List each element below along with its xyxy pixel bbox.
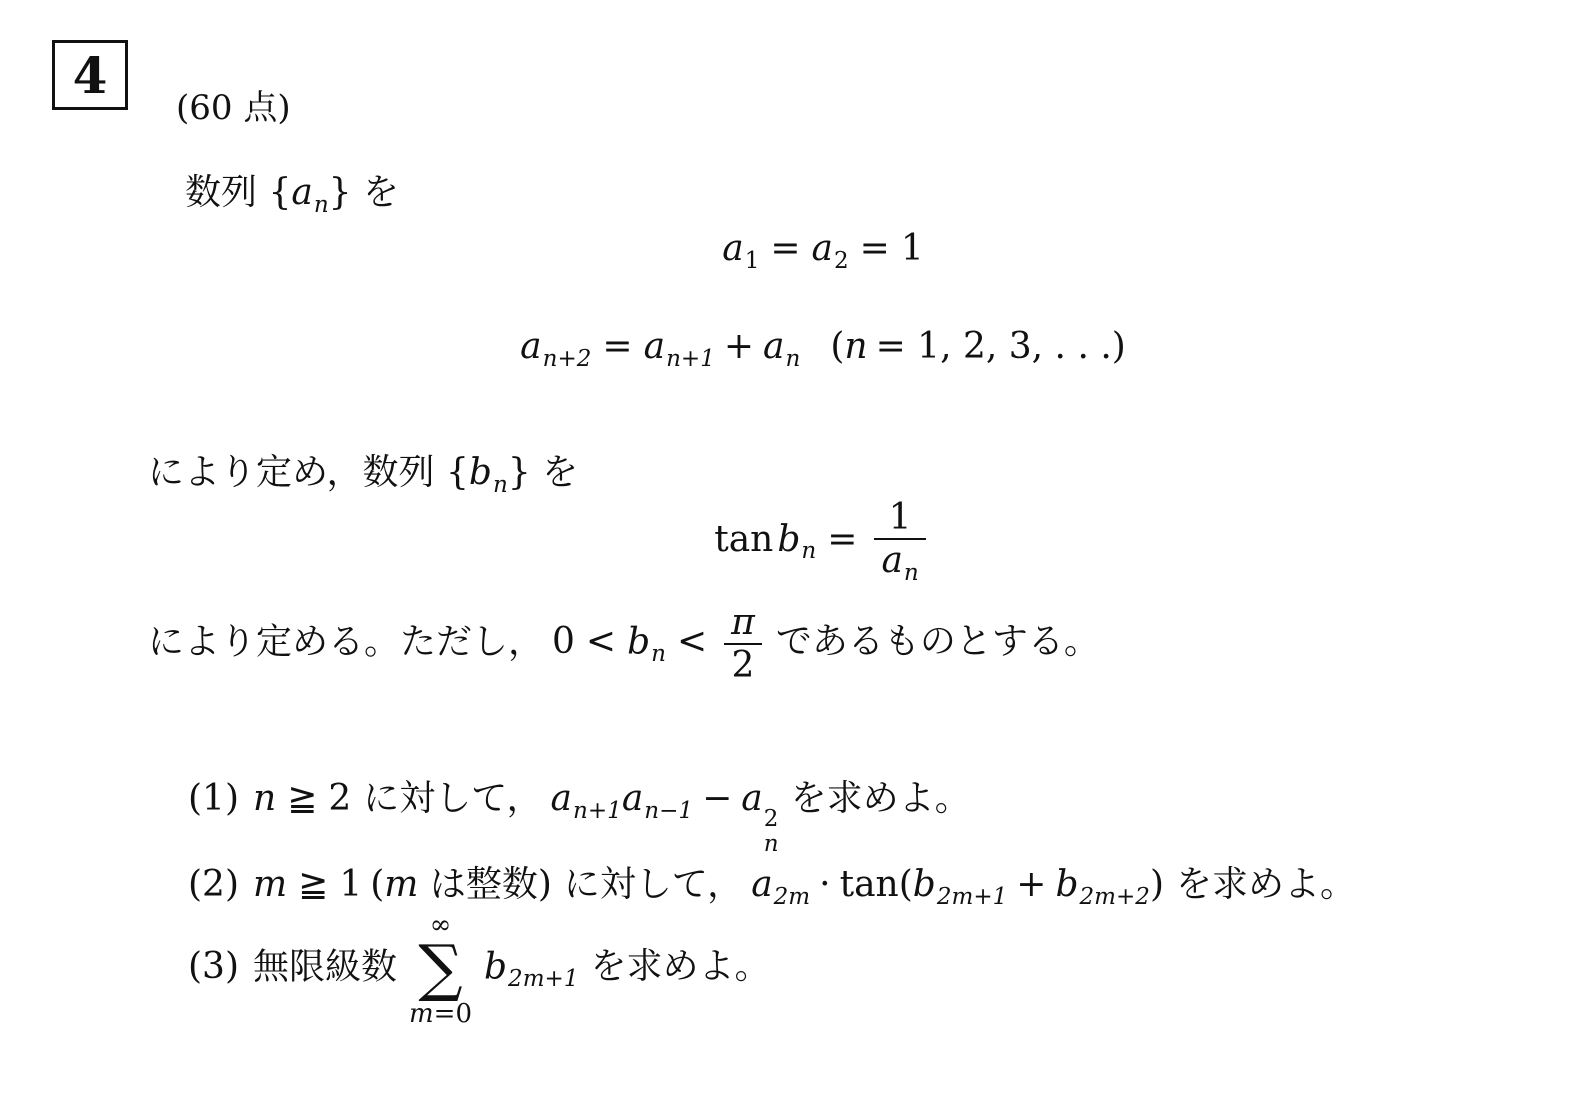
summation-lower-limit: m=0 bbox=[409, 1001, 472, 1027]
var-n: n bbox=[253, 778, 276, 819]
fraction-pi-over-2: π2 bbox=[724, 602, 762, 687]
subscript-2m-plus-1: 2m+1 bbox=[508, 966, 578, 992]
sup-sub-stack: 2n bbox=[764, 807, 779, 858]
question-2-text-post: を求めよ。 bbox=[1176, 864, 1356, 905]
var-a: a bbox=[881, 540, 902, 581]
tan-function: tan bbox=[840, 864, 899, 905]
question-3-text-pre: 無限級数 bbox=[253, 946, 397, 987]
condition-values: = 1, 2, 3, . . . bbox=[876, 326, 1112, 367]
paren-open: ( bbox=[830, 326, 844, 367]
var-a: a bbox=[520, 326, 541, 367]
var-b: b bbox=[484, 946, 507, 987]
var-a: a bbox=[763, 326, 784, 367]
question-2-label: (2) bbox=[188, 864, 239, 905]
var-b: b bbox=[627, 621, 650, 662]
equation-initial-values: a1=a2=1 bbox=[148, 228, 1498, 274]
subscript-n: n bbox=[801, 538, 816, 564]
var-n: n bbox=[844, 326, 867, 367]
question-1-text-post: を求めよ。 bbox=[791, 778, 971, 819]
var-b: b bbox=[777, 519, 800, 560]
fraction-denominator: an bbox=[874, 538, 925, 586]
question-1: (1)n≧2に対して，an+1an−1−a2nを求めよ。 bbox=[188, 770, 971, 858]
var-b: b bbox=[913, 864, 936, 905]
var-a: a bbox=[622, 778, 643, 819]
tan-function: tan bbox=[714, 519, 773, 560]
fraction-numerator: 1 bbox=[874, 497, 925, 538]
define-b-line: により定め，数列 {bn} を bbox=[148, 444, 578, 498]
paren-close: ) bbox=[1150, 864, 1164, 905]
constraint-text-post: であるものとする。 bbox=[776, 621, 1100, 662]
question-3-label: (3) bbox=[188, 946, 239, 987]
var-a: a bbox=[551, 778, 572, 819]
var-m: m bbox=[384, 864, 418, 905]
value-one: 1 bbox=[901, 228, 924, 269]
define-b-text-pre: により定め，数列 bbox=[148, 452, 446, 493]
minus-sign: − bbox=[702, 778, 732, 819]
subscript-n: n bbox=[904, 560, 919, 586]
superscript-2: 2 bbox=[764, 807, 779, 832]
subscript-1: 1 bbox=[745, 248, 760, 274]
summation-symbol-group: ∞∑m=0 bbox=[409, 912, 472, 1027]
var-b: b bbox=[1055, 864, 1078, 905]
geq-sign: ≧ bbox=[298, 864, 328, 905]
var-a: a bbox=[812, 228, 833, 269]
sigma-icon: ∑ bbox=[418, 940, 462, 996]
question-2-text-mid: に対して， bbox=[564, 864, 743, 905]
brace-close: } bbox=[508, 452, 531, 493]
question-1-text-mid: に対して， bbox=[363, 778, 542, 819]
less-than-sign: < bbox=[586, 621, 616, 662]
lower-limit-value: =0 bbox=[434, 999, 472, 1029]
constraint-line: により定める。ただし，0<bn<π2であるものとする。 bbox=[148, 602, 1100, 687]
subscript-n: n bbox=[314, 192, 329, 218]
intro-line: 数列 {an} を bbox=[185, 164, 399, 218]
brace-open: { bbox=[446, 452, 469, 493]
cdot-operator: · bbox=[819, 864, 830, 905]
var-a: a bbox=[291, 172, 312, 213]
paren-close: ) bbox=[1112, 326, 1126, 367]
plus-sign: + bbox=[724, 326, 754, 367]
subscript-n: n bbox=[786, 346, 801, 372]
var-m: m bbox=[409, 999, 434, 1029]
fraction-denominator-2: 2 bbox=[724, 643, 762, 686]
value-zero: 0 bbox=[552, 621, 575, 662]
equation-tan: tanbn=1an bbox=[148, 497, 1498, 586]
brace-close: } bbox=[329, 172, 352, 213]
subscript-n: n bbox=[764, 832, 779, 857]
define-b-text-post: を bbox=[531, 452, 578, 493]
equals-sign: = bbox=[602, 326, 632, 367]
subscript-2m-plus-1: 2m+1 bbox=[937, 884, 1007, 910]
constraint-text-pre: により定める。ただし， bbox=[148, 621, 544, 662]
subscript-n: n bbox=[651, 641, 666, 667]
bound-value: 1 bbox=[339, 864, 362, 905]
var-a: a bbox=[722, 228, 743, 269]
equals-sign: = bbox=[770, 228, 800, 269]
subscript-2m: 2m bbox=[774, 884, 811, 910]
var-a: a bbox=[751, 864, 772, 905]
question-1-label: (1) bbox=[188, 778, 239, 819]
plus-sign: + bbox=[1016, 864, 1046, 905]
var-a: a bbox=[644, 326, 665, 367]
question-3-text-post: を求めよ。 bbox=[591, 946, 771, 987]
subscript-n-plus-1: n+1 bbox=[573, 798, 622, 824]
equals-sign: = bbox=[827, 519, 857, 560]
subscript-2m-plus-2: 2m+2 bbox=[1080, 884, 1150, 910]
geq-sign: ≧ bbox=[287, 778, 317, 819]
equals-sign: = bbox=[860, 228, 890, 269]
subscript-n-plus-2: n+2 bbox=[543, 346, 592, 372]
subscript-2: 2 bbox=[834, 248, 849, 274]
fraction-numerator-pi: π bbox=[724, 602, 762, 643]
equation-recurrence: an+2=an+1+an(n= 1, 2, 3, . . .) bbox=[148, 326, 1498, 372]
integer-note-text: は整数) bbox=[418, 864, 552, 905]
var-m: m bbox=[253, 864, 287, 905]
subscript-n-plus-1: n+1 bbox=[666, 346, 715, 372]
intro-text-post: を bbox=[352, 172, 399, 213]
brace-open: { bbox=[268, 172, 291, 213]
subscript-n: n bbox=[493, 472, 508, 498]
var-b: b bbox=[469, 452, 492, 493]
problem-number-box: 4 bbox=[52, 40, 128, 110]
paren-open: ( bbox=[370, 864, 384, 905]
less-than-sign: < bbox=[677, 621, 707, 662]
intro-text-pre: 数列 bbox=[185, 172, 268, 213]
question-2: (2)m≧1(m は整数)に対して，a2m·tan(b2m+1+b2m+2)を求… bbox=[188, 856, 1356, 910]
problem-number: 4 bbox=[73, 46, 108, 105]
paren-open: ( bbox=[899, 864, 913, 905]
subscript-n-minus-1: n−1 bbox=[644, 798, 693, 824]
points-label: (60 点) bbox=[176, 80, 291, 129]
fraction-one-over-an: 1an bbox=[874, 497, 925, 586]
question-3: (3)無限級数∞∑m=0b2m+1を求めよ。 bbox=[188, 912, 771, 1027]
bound-value: 2 bbox=[328, 778, 351, 819]
var-a: a bbox=[741, 778, 762, 819]
